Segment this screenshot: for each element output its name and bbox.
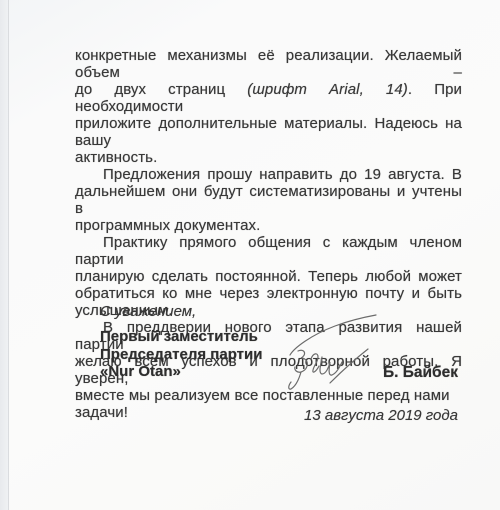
scanned-letter-page: конкретные механизмы её реализации. Жела… bbox=[0, 0, 500, 510]
signer-title-line: «Nur Otan» bbox=[100, 363, 262, 381]
text-line: дальнейшем они будут систематизированы и… bbox=[75, 183, 462, 217]
paragraph-1: конкретные механизмы её реализации. Жела… bbox=[75, 47, 462, 166]
text-line: активность. bbox=[75, 149, 462, 166]
text-line: Предложения прошу направить до 19 август… bbox=[75, 166, 462, 183]
scan-left-edge bbox=[0, 0, 9, 510]
signer-name: Б. Байбек bbox=[383, 364, 458, 382]
text-line: конкретные механизмы её реализации. Жела… bbox=[75, 47, 462, 81]
italic-text-segment: (шрифт Arial, 14) bbox=[247, 81, 408, 98]
signer-title-line: Первый заместитель bbox=[100, 328, 262, 346]
text-line: Практику прямого общения с каждым членом… bbox=[75, 234, 462, 268]
letter-date: 13 августа 2019 года bbox=[304, 407, 458, 424]
text-line: обратиться ко мне через электронную почт… bbox=[75, 285, 462, 302]
signer-title-block: Первый заместитель Председателя партии «… bbox=[100, 328, 262, 381]
text-line: программных документах. bbox=[75, 217, 462, 234]
closing-salutation: С уважением, bbox=[100, 303, 196, 320]
signer-title-line: Председателя партии bbox=[100, 346, 262, 364]
paragraph-2: Предложения прошу направить до 19 август… bbox=[75, 166, 462, 234]
text-segment: до двух страниц bbox=[75, 81, 247, 98]
text-line: планирую сделать постоянной. Теперь любо… bbox=[75, 268, 462, 285]
handwritten-signature-icon bbox=[277, 306, 382, 396]
text-line: приложите дополнительные материалы. Наде… bbox=[75, 115, 462, 149]
text-line: до двух страниц (шрифт Arial, 14). При н… bbox=[75, 81, 462, 115]
